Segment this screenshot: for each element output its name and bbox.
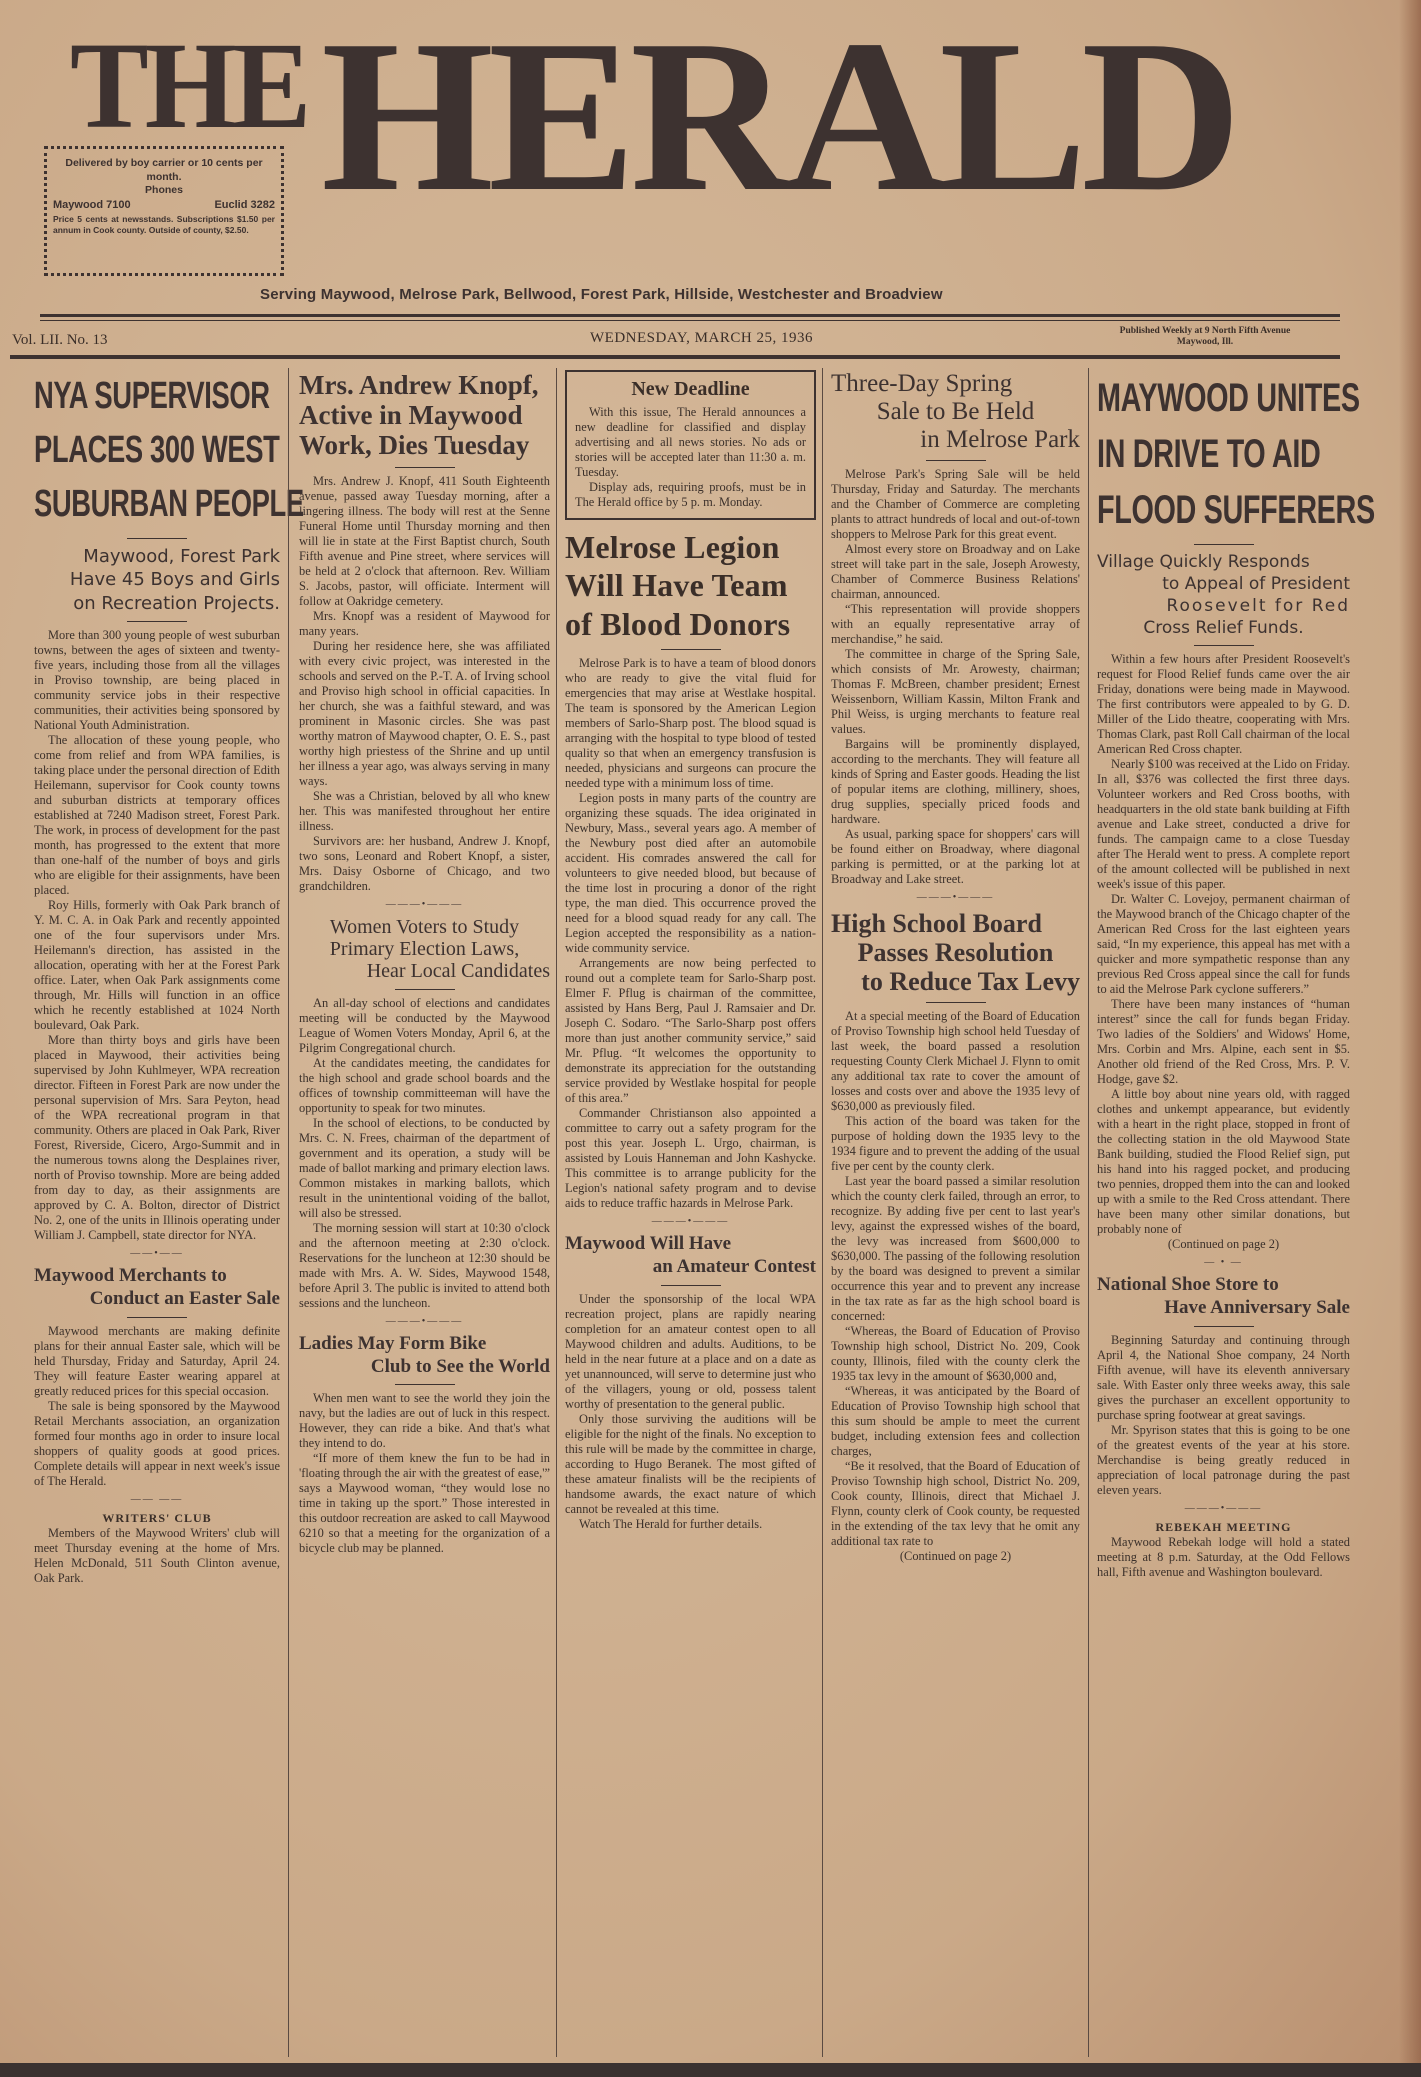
subscription-infobox: Delivered by boy carrier or 10 cents per…	[44, 146, 284, 276]
headline-line: IN DRIVE TO AID	[1097, 426, 1350, 482]
headline-line: Sale to Be Held	[831, 398, 1080, 426]
headline-line: Ladies May Form Bike	[299, 1333, 550, 1356]
headline-line: Work, Dies Tuesday	[299, 430, 550, 460]
paragraph: The allocation of these young people, wh…	[34, 733, 280, 898]
headline-line: Primary Election Laws,	[299, 938, 550, 960]
masthead: THE HERALD Delivered by boy carrier or 1…	[0, 0, 1400, 335]
masthead-title-the: THE	[70, 15, 307, 158]
separator: ———•———	[299, 1317, 550, 1327]
separator: ———•———	[1097, 1504, 1350, 1514]
paragraph: Last year the board passed a similar res…	[831, 1174, 1080, 1324]
rule	[661, 1285, 721, 1286]
deck-line: Maywood, Forest Park	[34, 545, 280, 568]
headline-line: Three-Day Spring	[831, 370, 1080, 398]
rule	[926, 460, 986, 461]
publisher-info: Published Weekly at 9 North Fifth Avenue…	[1085, 326, 1325, 349]
deck-line: Roosevelt for Red	[1097, 595, 1350, 617]
paragraph: “This representation will provide shoppe…	[831, 602, 1080, 647]
rule	[926, 1002, 986, 1003]
paragraph: Mrs. Knopf was a resident of Maywood for…	[299, 609, 550, 639]
masthead-rule-top-thin	[40, 320, 1340, 321]
paragraph: With this issue, The Herald announces a …	[575, 405, 806, 480]
headline-line: Maywood Merchants to	[34, 1265, 280, 1288]
easter-sale-headline: Maywood Merchants to Conduct an Easter S…	[34, 1265, 280, 1311]
article-nya: NYA SUPERVISOR PLACES 300 WEST SUBURBAN …	[34, 370, 280, 1243]
paragraph: “Whereas, the Board of Education of Prov…	[831, 1324, 1080, 1384]
article-bike-club: Ladies May Form Bike Club to See the Wor…	[299, 1333, 550, 1557]
price-text: Price 5 cents at newsstands. Subscriptio…	[53, 214, 275, 235]
article-spring-sale: Three-Day Spring Sale to Be Held in Melr…	[831, 370, 1080, 887]
bike-club-headline: Ladies May Form Bike Club to See the Wor…	[299, 1333, 550, 1379]
paragraph: Survivors are: her husband, Andrew J. Kn…	[299, 834, 550, 894]
rule	[127, 621, 187, 622]
publisher-city: Maywood, Ill.	[1085, 337, 1325, 348]
headline-line: FLOOD SUFFERERS	[1097, 482, 1350, 538]
phone-maywood: Maywood 7100	[53, 198, 131, 212]
paragraph: There have been many instances of “human…	[1097, 997, 1350, 1087]
paragraph: Display ads, requiring proofs, must be i…	[575, 480, 806, 510]
separator: —— ——	[34, 1495, 280, 1505]
rule	[395, 467, 455, 468]
rule	[395, 1384, 455, 1385]
paragraph: Melrose Park's Spring Sale will be held …	[831, 467, 1080, 542]
flood-headline: MAYWOOD UNITES IN DRIVE TO AID FLOOD SUF…	[1097, 370, 1350, 538]
headline-line: of Blood Donors	[565, 605, 816, 643]
article-easter-sale: Maywood Merchants to Conduct an Easter S…	[34, 1265, 280, 1489]
deck-line: to Appeal of President	[1097, 573, 1350, 595]
headline-line: Passes Resolution	[831, 938, 1080, 967]
column-1: NYA SUPERVISOR PLACES 300 WEST SUBURBAN …	[0, 368, 288, 2057]
paragraph: The morning session will start at 10:30 …	[299, 1221, 550, 1311]
shoe-store-headline: National Shoe Store to Have Anniversary …	[1097, 1274, 1350, 1320]
delivery-text: Delivered by boy carrier or 10 cents per…	[53, 157, 275, 184]
deck-line: Village Quickly Responds	[1097, 551, 1350, 573]
headline-line: Hear Local Candidates	[299, 960, 550, 982]
paragraph: “Be it resolved, that the Board of Educa…	[831, 1459, 1080, 1549]
headline-line: Club to See the World	[299, 1356, 550, 1379]
paragraph: More than 300 young people of west subur…	[34, 628, 280, 733]
flood-deck: Village Quickly Responds to Appeal of Pr…	[1097, 551, 1350, 639]
paragraph: She was a Christian, beloved by all who …	[299, 789, 550, 834]
paragraph: An all-day school of elections and candi…	[299, 996, 550, 1056]
blood-donors-body: Melrose Park is to have a team of blood …	[565, 656, 816, 1211]
rebekah-body: Maywood Rebekah lodge will hold a stated…	[1097, 1535, 1350, 1580]
tax-levy-headline: High School Board Passes Resolution to R…	[831, 909, 1080, 996]
separator: ———•———	[565, 1217, 816, 1227]
headline-line: Mrs. Andrew Knopf,	[299, 370, 550, 400]
rule	[1194, 1326, 1254, 1327]
headline-line: an Amateur Contest	[565, 1256, 816, 1279]
separator: ———•———	[831, 893, 1080, 903]
paragraph: When men want to see the world they join…	[299, 1391, 550, 1451]
nya-body: More than 300 young people of west subur…	[34, 628, 280, 1243]
headline-line: to Reduce Tax Levy	[831, 967, 1080, 996]
phones-row: Maywood 7100 Euclid 3282	[53, 198, 275, 212]
paragraph: Legion posts in many parts of the countr…	[565, 791, 816, 956]
tax-levy-body: At a special meeting of the Board of Edu…	[831, 1009, 1080, 1564]
headline-line: Maywood Will Have	[565, 1233, 816, 1256]
column-3: New Deadline With this issue, The Herald…	[556, 368, 822, 2057]
article-rebekah: REBEKAH MEETING Maywood Rebekah lodge wi…	[1097, 1520, 1350, 1580]
masthead-rule-bottom	[10, 355, 1340, 359]
nya-deck: Maywood, Forest Park Have 45 Boys and Gi…	[34, 545, 280, 615]
page-edge-shadow	[1399, 0, 1421, 2077]
paragraph: Beginning Saturday and continuing throug…	[1097, 1333, 1350, 1423]
newspaper-page: THE HERALD Delivered by boy carrier or 1…	[0, 0, 1421, 2077]
paragraph: At a special meeting of the Board of Edu…	[831, 1009, 1080, 1114]
spring-sale-headline: Three-Day Spring Sale to Be Held in Melr…	[831, 370, 1080, 454]
deck-line: on Recreation Projects.	[34, 592, 280, 615]
rule	[127, 538, 187, 539]
column-5: MAYWOOD UNITES IN DRIVE TO AID FLOOD SUF…	[1088, 368, 1358, 2057]
paragraph: During her residence here, she was affil…	[299, 639, 550, 789]
headline-line: MAYWOOD UNITES	[1097, 370, 1350, 426]
column-2: Mrs. Andrew Knopf, Active in Maywood Wor…	[288, 368, 556, 2057]
masthead-rule-top	[40, 314, 1340, 317]
new-deadline-headline: New Deadline	[575, 378, 806, 401]
headline-line: Will Have Team	[565, 566, 816, 604]
writers-club-headline: WRITERS' CLUB	[34, 1511, 280, 1526]
continued-link: (Continued on page 2)	[1097, 1237, 1350, 1252]
paragraph: Melrose Park is to have a team of blood …	[565, 656, 816, 791]
article-shoe-store: National Shoe Store to Have Anniversary …	[1097, 1274, 1350, 1498]
knopf-headline: Mrs. Andrew Knopf, Active in Maywood Wor…	[299, 370, 550, 461]
separator: ———•———	[299, 900, 550, 910]
phone-euclid: Euclid 3282	[214, 198, 275, 212]
spring-sale-body: Melrose Park's Spring Sale will be held …	[831, 467, 1080, 887]
article-amateur-contest: Maywood Will Have an Amateur Contest Und…	[565, 1233, 816, 1532]
paragraph: Arrangements are now being perfected to …	[565, 956, 816, 1106]
paragraph: “If more of them knew the fun to be had …	[299, 1451, 550, 1556]
headline-line: in Melrose Park	[831, 426, 1080, 454]
article-blood-donors: Melrose Legion Will Have Team of Blood D…	[565, 528, 816, 1211]
headline-line: Active in Maywood	[299, 400, 550, 430]
flood-body: Within a few hours after President Roose…	[1097, 652, 1350, 1252]
paragraph: Maywood Rebekah lodge will hold a stated…	[1097, 1535, 1350, 1580]
new-deadline-body: With this issue, The Herald announces a …	[575, 405, 806, 510]
headline-line: PLACES 300 WEST	[34, 424, 280, 478]
paragraph: Mr. Spyrison states that this is going t…	[1097, 1423, 1350, 1498]
new-deadline-box: New Deadline With this issue, The Herald…	[565, 370, 816, 520]
headline-line: National Shoe Store to	[1097, 1274, 1350, 1297]
paragraph: As usual, parking space for shoppers' ca…	[831, 827, 1080, 887]
amateur-contest-headline: Maywood Will Have an Amateur Contest	[565, 1233, 816, 1279]
paragraph: Within a few hours after President Roose…	[1097, 652, 1350, 757]
paragraph: Only those surviving the auditions will …	[565, 1412, 816, 1517]
easter-sale-body: Maywood merchants are making definite pl…	[34, 1324, 280, 1489]
continued-link: (Continued on page 2)	[831, 1549, 1080, 1564]
paragraph: “Whereas, it was anticipated by the Boar…	[831, 1384, 1080, 1459]
article-women-voters: Women Voters to Study Primary Election L…	[299, 916, 550, 1311]
separator: ——•——	[34, 1249, 280, 1259]
paragraph: Almost every store on Broadway and on La…	[831, 542, 1080, 602]
serving-line: Serving Maywood, Melrose Park, Bellwood,…	[260, 286, 943, 303]
paragraph: Under the sponsorship of the local WPA r…	[565, 1292, 816, 1412]
phones-label: Phones	[53, 184, 275, 198]
knopf-body: Mrs. Andrew J. Knopf, 411 South Eighteen…	[299, 474, 550, 894]
nya-headline: NYA SUPERVISOR PLACES 300 WEST SUBURBAN …	[34, 370, 280, 532]
rule	[661, 649, 721, 650]
page-bottom-edge	[0, 2063, 1421, 2077]
women-voters-headline: Women Voters to Study Primary Election L…	[299, 916, 550, 983]
paragraph: At the candidates meeting, the candidate…	[299, 1056, 550, 1116]
blood-donors-headline: Melrose Legion Will Have Team of Blood D…	[565, 528, 816, 643]
headline-line: Conduct an Easter Sale	[34, 1288, 280, 1311]
article-tax-levy: High School Board Passes Resolution to R…	[831, 909, 1080, 1564]
amateur-contest-body: Under the sponsorship of the local WPA r…	[565, 1292, 816, 1532]
deck-line: Cross Relief Funds.	[1097, 617, 1350, 639]
separator: — • —	[1097, 1258, 1350, 1268]
headline-line: SUBURBAN PEOPLE	[34, 478, 280, 532]
deck-line: Have 45 Boys and Girls	[34, 568, 280, 591]
headline-line: Women Voters to Study	[299, 916, 550, 938]
paragraph: In the school of elections, to be conduc…	[299, 1116, 550, 1221]
article-writers-club: WRITERS' CLUB Members of the Maywood Wri…	[34, 1511, 280, 1586]
publisher-address: Published Weekly at 9 North Fifth Avenue	[1085, 326, 1325, 337]
masthead-title-herald: HERALD	[321, 8, 1236, 226]
article-knopf: Mrs. Andrew Knopf, Active in Maywood Wor…	[299, 370, 550, 894]
shoe-store-body: Beginning Saturday and continuing throug…	[1097, 1333, 1350, 1498]
paragraph: Roy Hills, formerly with Oak Park branch…	[34, 898, 280, 1033]
paragraph: Bargains will be prominently displayed, …	[831, 737, 1080, 827]
issue-date: WEDNESDAY, MARCH 25, 1936	[590, 330, 813, 347]
paragraph: Watch The Herald for further details.	[565, 1517, 816, 1532]
rebekah-headline: REBEKAH MEETING	[1097, 1520, 1350, 1535]
bike-club-body: When men want to see the world they join…	[299, 1391, 550, 1556]
column-4: Three-Day Spring Sale to Be Held in Melr…	[822, 368, 1088, 2057]
headline-line: NYA SUPERVISOR	[34, 370, 280, 424]
headline-line: Melrose Legion	[565, 528, 816, 566]
paragraph: Members of the Maywood Writers' club wil…	[34, 1526, 280, 1586]
paragraph: The sale is being sponsored by the Maywo…	[34, 1399, 280, 1489]
volume-number: Vol. LII. No. 13	[12, 332, 108, 349]
paragraph: The committee in charge of the Spring Sa…	[831, 647, 1080, 737]
rule	[395, 989, 455, 990]
paragraph: Nearly $100 was received at the Lido on …	[1097, 757, 1350, 892]
writers-club-body: Members of the Maywood Writers' club wil…	[34, 1526, 280, 1586]
rule	[127, 1317, 187, 1318]
women-voters-body: An all-day school of elections and candi…	[299, 996, 550, 1311]
headline-line: Have Anniversary Sale	[1097, 1297, 1350, 1320]
headline-line: High School Board	[831, 909, 1080, 938]
paragraph: Maywood merchants are making definite pl…	[34, 1324, 280, 1399]
paragraph: A little boy about nine years old, with …	[1097, 1087, 1350, 1237]
paragraph: This action of the board was taken for t…	[831, 1114, 1080, 1174]
article-flood: MAYWOOD UNITES IN DRIVE TO AID FLOOD SUF…	[1097, 370, 1350, 1252]
rule	[1194, 544, 1254, 545]
paragraph: Mrs. Andrew J. Knopf, 411 South Eighteen…	[299, 474, 550, 609]
paragraph: Commander Christianson also appointed a …	[565, 1106, 816, 1211]
paragraph: More than thirty boys and girls have bee…	[34, 1033, 280, 1243]
rule	[1194, 645, 1254, 646]
paragraph: Dr. Walter C. Lovejoy, permanent chairma…	[1097, 892, 1350, 997]
